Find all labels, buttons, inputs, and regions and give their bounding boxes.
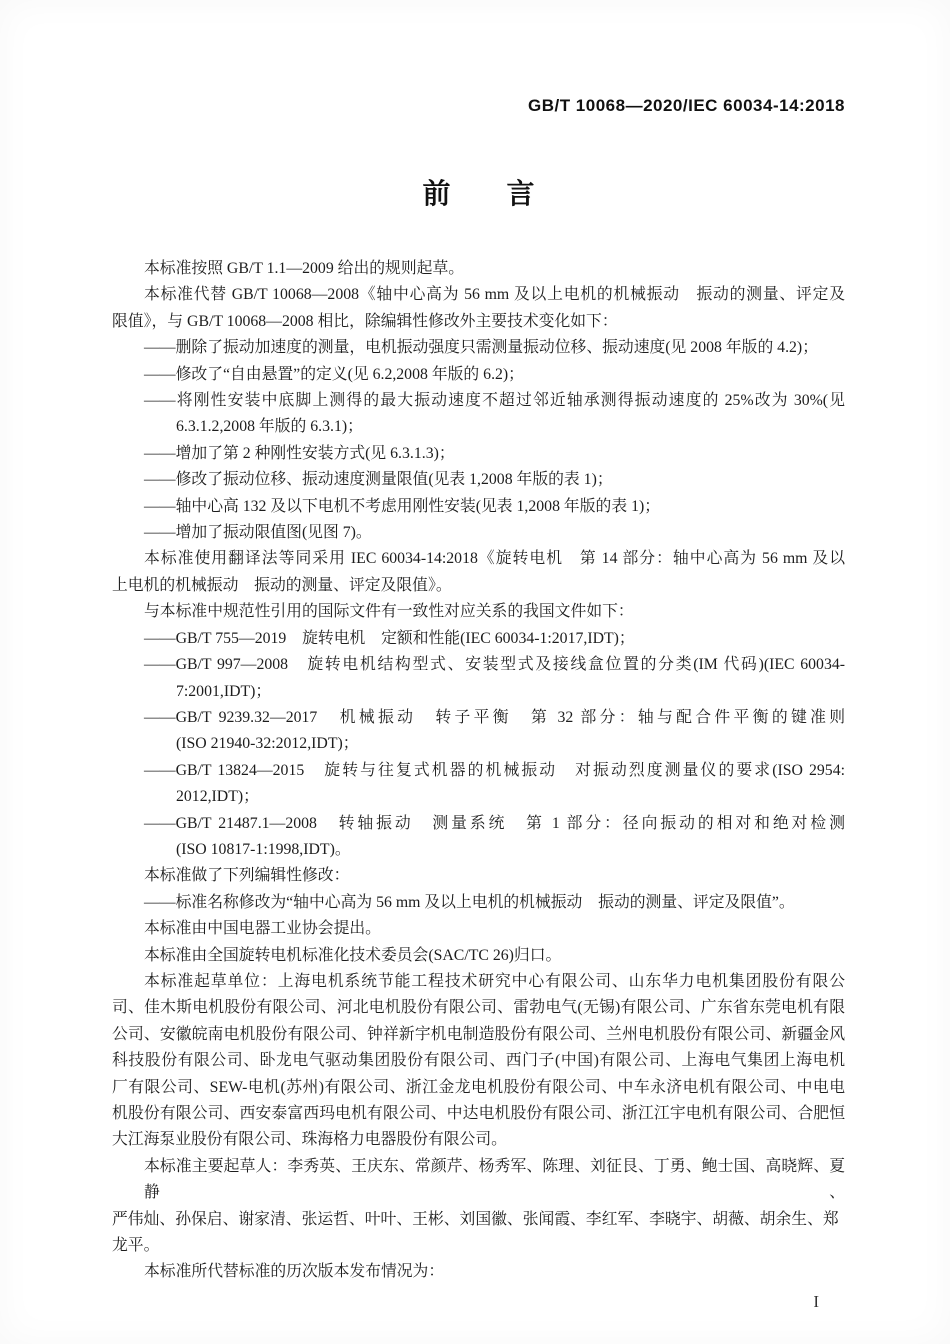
text-line: 机股份有限公司、西安泰富西玛电机有限公司、中达电机股份有限公司、浙江江宇电机有限… (112, 1101, 845, 1127)
document-page: GB/T 10068—2020/IEC 60034-14:2018 前 言 本标… (0, 0, 950, 1344)
text-line: 2012,IDT)； (112, 784, 845, 810)
text-line: 6.3.1.2,2008 年版的 6.3.1)； (112, 414, 845, 440)
standard-code-header: GB/T 10068—2020/IEC 60034-14:2018 (112, 96, 845, 116)
text-line: ——GB/T 9239.32—2017 机械振动 转子平衡 第 32 部分：轴与… (112, 705, 845, 731)
text-line: 本标准所代替标准的历次版本发布情况为： (112, 1259, 845, 1285)
text-line: 7:2001,IDT)； (112, 679, 845, 705)
text-line: 厂有限公司、SEW-电机(苏州)有限公司、浙江金龙电机股份有限公司、中车永济电机… (112, 1075, 845, 1101)
text-line: 本标准主要起草人：李秀英、王庆东、常颜芹、杨秀军、陈理、刘征艮、丁勇、鲍士国、高… (112, 1154, 845, 1207)
text-line: 公司、安徽皖南电机股份有限公司、钟祥新宇机电制造股份有限公司、兰州电机股份有限公… (112, 1022, 845, 1048)
page-number: I (112, 1292, 845, 1312)
text-line: 司、佳木斯电机股份有限公司、河北电机股份有限公司、雷勃电气(无锡)有限公司、广东… (112, 995, 845, 1021)
text-line: ——GB/T 755—2019 旋转电机 定额和性能(IEC 60034-1:2… (112, 626, 845, 652)
text-line: ——增加了振动限值图(见图 7)。 (112, 520, 845, 546)
text-line: ——GB/T 13824—2015 旋转与往复式机器的机械振动 对振动烈度测量仪… (112, 758, 845, 784)
text-line: 与本标准中规范性引用的国际文件有一致性对应关系的我国文件如下： (112, 599, 845, 625)
text-line: 本标准代替 GB/T 10068—2008《轴中心高为 56 mm 及以上电机的… (112, 282, 845, 308)
text-line: ——增加了第 2 种刚性安装方式(见 6.3.1.3)； (112, 441, 845, 467)
text-line: ——GB/T 997—2008 旋转电机结构型式、安装型式及接线盒位置的分类(I… (112, 652, 845, 678)
text-line: ——修改了“自由悬置”的定义(见 6.2,2008 年版的 6.2)； (112, 362, 845, 388)
text-line: 本标准起草单位：上海电机系统节能工程技术研究中心有限公司、山东华力电机集团股份有… (112, 969, 845, 995)
text-line: ——修改了振动位移、振动速度测量限值(见表 1,2008 年版的表 1)； (112, 467, 845, 493)
text-line: 限值》，与 GB/T 10068—2008 相比，除编辑性修改外主要技术变化如下… (112, 309, 845, 335)
page-title: 前 言 (112, 178, 845, 210)
text-line: 本标准做了下列编辑性修改： (112, 863, 845, 889)
text-line: 本标准由中国电器工业协会提出。 (112, 916, 845, 942)
document-body: 本标准按照 GB/T 1.1—2009 给出的规则起草。本标准代替 GB/T 1… (112, 256, 845, 1286)
text-line: 大江海泵业股份有限公司、珠海格力电器股份有限公司。 (112, 1127, 845, 1153)
text-line: (ISO 21940-32:2012,IDT)； (112, 731, 845, 757)
text-line: 严伟灿、孙保启、谢家清、张运哲、叶叶、王彬、刘国徽、张闻霞、李红军、李晓宇、胡薇… (112, 1207, 845, 1260)
text-line: 科技股份有限公司、卧龙电气驱动集团股份有限公司、西门子(中国)有限公司、上海电气… (112, 1048, 845, 1074)
text-line: 本标准由全国旋转电机标准化技术委员会(SAC/TC 26)归口。 (112, 943, 845, 969)
text-line: 本标准按照 GB/T 1.1—2009 给出的规则起草。 (112, 256, 845, 282)
text-line: ——GB/T 21487.1—2008 转轴振动 测量系统 第 1 部分：径向振… (112, 811, 845, 837)
text-line: 上电机的机械振动 振动的测量、评定及限值》。 (112, 573, 845, 599)
text-line: 本标准使用翻译法等同采用 IEC 60034-14:2018《旋转电机 第 14… (112, 546, 845, 572)
text-line: (ISO 10817-1:1998,IDT)。 (112, 837, 845, 863)
text-line: ——将刚性安装中底脚上测得的最大振动速度不超过邻近轴承测得振动速度的 25%改为… (112, 388, 845, 414)
text-line: ——删除了振动加速度的测量，电机振动强度只需测量振动位移、振动速度(见 2008… (112, 335, 845, 361)
text-line: ——标准名称修改为“轴中心高为 56 mm 及以上电机的机械振动 振动的测量、评… (112, 890, 845, 916)
text-line: ——轴中心高 132 及以下电机不考虑用刚性安装(见表 1,2008 年版的表 … (112, 494, 845, 520)
